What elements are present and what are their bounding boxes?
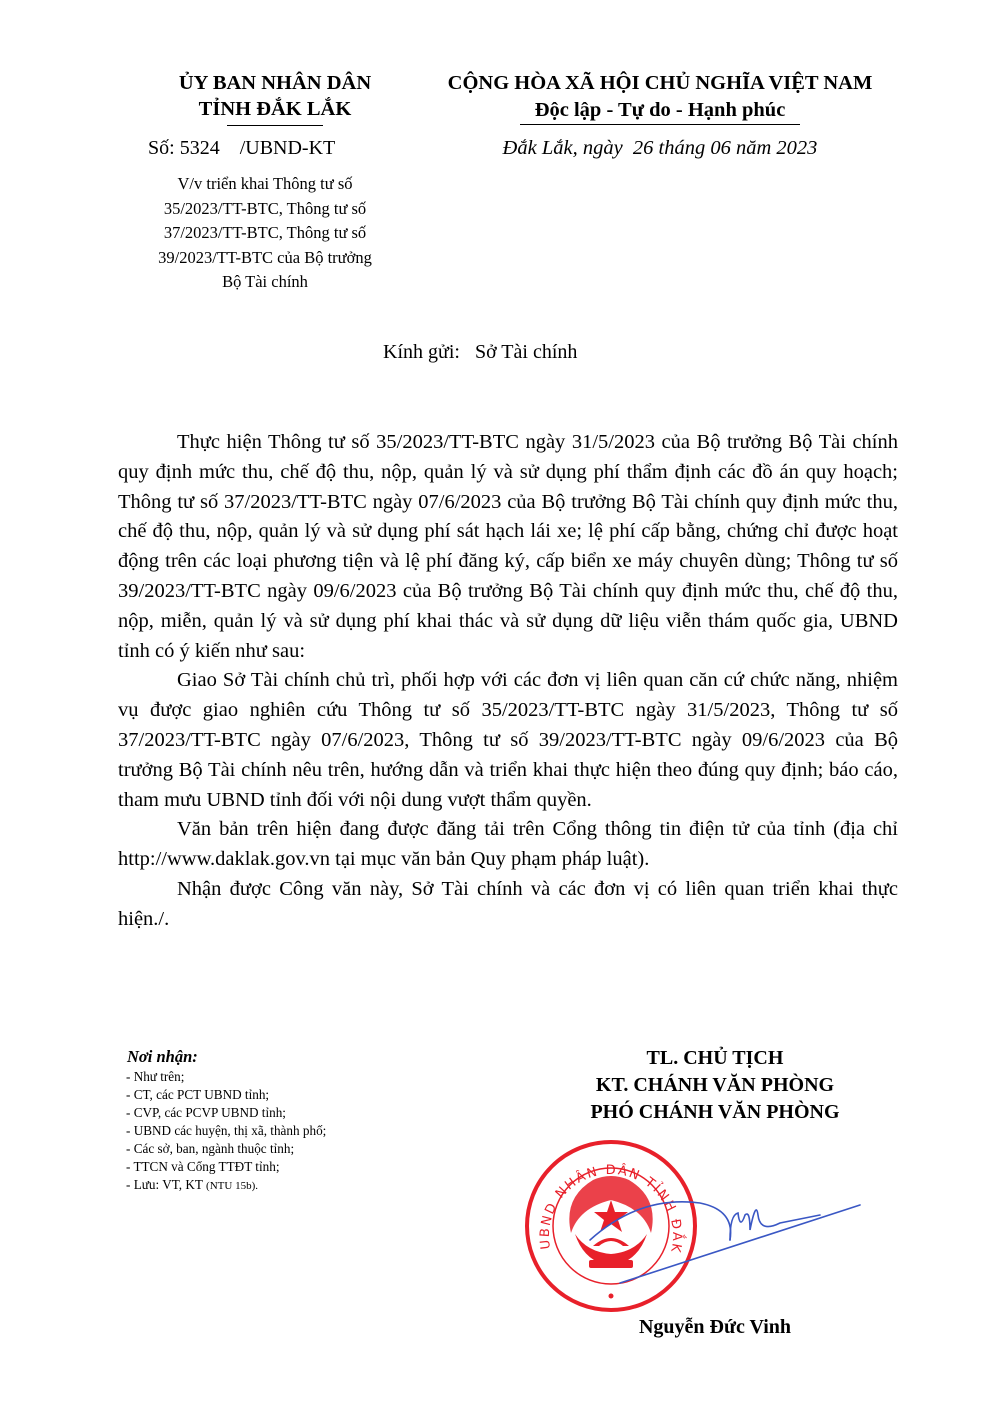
org-name-line2: TỈNH ĐẮK LẮK [120,96,430,122]
nation-name: CỘNG HÒA XÃ HỘI CHỦ NGHĨA VIỆT NAM [420,70,900,96]
handwritten-signature-icon [580,1185,880,1295]
subject-line: 37/2023/TT-BTC, Thông tư số [120,221,410,246]
body-paragraph: Thực hiện Thông tư số 35/2023/TT-BTC ngà… [118,428,898,666]
national-motto: Độc lập - Tự do - Hạnh phúc [420,96,900,124]
body-paragraph: Văn bản trên hiện đang được đăng tải trê… [118,815,898,875]
addressee-label: Kính gửi: [383,341,460,363]
distribution-item: - TTCN và Cổng TTĐT tỉnh; [122,1158,442,1176]
doc-number-value: 5324 [180,137,220,159]
addressee: Kính gửi: Sở Tài chính [383,341,577,364]
signature-title-line3: PHÓ CHÁNH VĂN PHÒNG [530,1099,900,1126]
signer-name: Nguyễn Đức Vinh [530,1316,900,1339]
subject-line: Bộ Tài chính [120,270,410,295]
archive-note: (NTU 15b). [206,1180,258,1192]
distribution-item: - UBND các huyện, thị xã, thành phố; [122,1122,442,1140]
doc-number-label: Số: [148,137,175,159]
subject-line: 39/2023/TT-BTC của Bộ trưởng [120,246,410,271]
document-body: Thực hiện Thông tư số 35/2023/TT-BTC ngà… [118,428,898,935]
header-divider [227,125,323,126]
body-paragraph: Nhận được Công văn này, Sở Tài chính và … [118,875,898,935]
signature-title-line1: TL. CHỦ TỊCH [530,1045,900,1072]
distribution-list: Nơi nhận: - Như trên; - CT, các PCT UBND… [122,1046,442,1195]
signature-authority: TL. CHỦ TỊCH KT. CHÁNH VĂN PHÒNG PHÓ CHÁ… [530,1045,900,1126]
subject-line: 35/2023/TT-BTC, Thông tư số [120,197,410,222]
document-number: Số: 5324 /UBND-KT [148,137,335,160]
signature-title-line2: KT. CHÁNH VĂN PHÒNG [530,1072,900,1099]
place-and-date: Đắk Lắk, ngày 26 tháng 06 năm 2023 [420,137,900,160]
distribution-item: - CT, các PCT UBND tỉnh; [122,1086,442,1104]
distribution-item: - Các sở, ban, ngành thuộc tỉnh; [122,1140,442,1158]
org-name-line1: ỦY BAN NHÂN DÂN [120,70,430,96]
document-subject: V/v triển khai Thông tư số 35/2023/TT-BT… [120,172,410,295]
addressee-value: Sở Tài chính [475,341,577,363]
archive-label: - Lưu: VT, KT [126,1177,203,1192]
body-paragraph: Giao Sở Tài chính chủ trì, phối hợp với … [118,666,898,815]
distribution-item: - CVP, các PCVP UBND tỉnh; [122,1104,442,1122]
distribution-title: Nơi nhận: [122,1046,442,1068]
distribution-item: - Lưu: VT, KT (NTU 15b). [122,1176,442,1195]
motto-divider [520,124,800,125]
distribution-item: - Như trên; [122,1068,442,1086]
subject-line: V/v triển khai Thông tư số [120,172,410,197]
national-header: CỘNG HÒA XÃ HỘI CHỦ NGHĨA VIỆT NAM Độc l… [420,70,900,125]
doc-number-suffix: /UBND-KT [240,137,336,159]
issuing-authority: ỦY BAN NHÂN DÂN TỈNH ĐẮK LẮK [120,70,430,126]
